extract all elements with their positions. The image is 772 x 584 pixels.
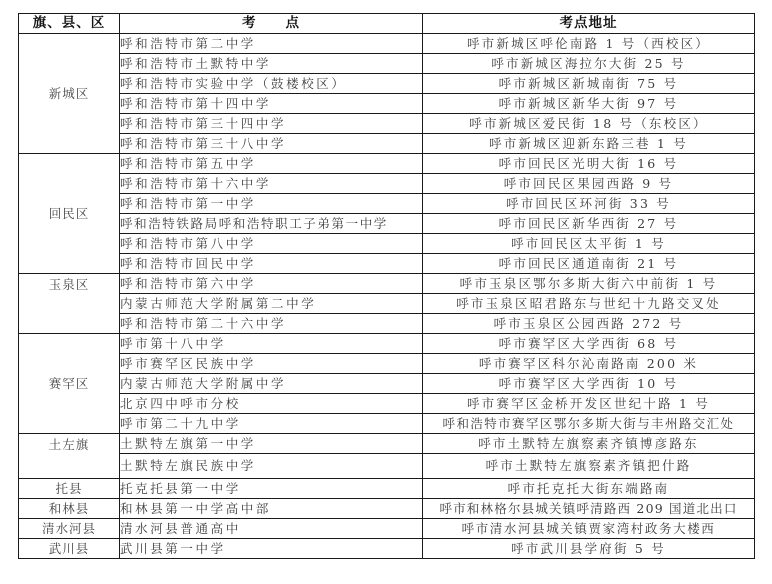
table-row: 呼和浩特市实验中学（鼓楼校区） 呼市新城区新城南街 75 号 [19, 74, 755, 94]
address-cell: 呼市回民区环河街 33 号 [423, 194, 755, 214]
table-row: 玉泉区 呼和浩特市第六中学 呼市玉泉区鄂尔多斯大街六中前街 1 号 [19, 274, 755, 294]
school-cell: 呼和浩特市第十六中学 [120, 174, 423, 194]
table-row: 呼和浩特市第二十六中学 呼市玉泉区公园西路 272 号 [19, 314, 755, 334]
school-cell: 和林县第一中学高中部 [120, 499, 423, 519]
table-row: 赛罕区 呼市第十八中学 呼市赛罕区大学西街 68 号 [19, 334, 755, 354]
school-cell: 呼和浩特市第三十八中学 [120, 134, 423, 154]
address-cell: 呼市赛罕区大学西街 68 号 [423, 334, 755, 354]
district-cell: 新城区 [19, 34, 120, 154]
table-row: 内蒙古师范大学附属第二中学 呼市玉泉区昭君路东与世纪十九路交叉处 [19, 294, 755, 314]
school-cell: 呼和浩特市第二中学 [120, 34, 423, 54]
address-cell: 呼市赛罕区科尔沁南路南 200 米 [423, 354, 755, 374]
address-cell: 呼市回民区果园西路 9 号 [423, 174, 755, 194]
table-row: 内蒙古师范大学附属中学 呼市赛罕区大学西街 10 号 [19, 374, 755, 394]
school-cell: 呼和浩特铁路局呼和浩特职工子弟第一中学 [120, 214, 423, 234]
header-address: 考点地址 [423, 14, 755, 34]
address-cell: 呼市武川县学府街 5 号 [423, 539, 755, 559]
exam-site-table: 旗、县、区 考 点 考点地址 新城区 呼和浩特市第二中学 呼市新城区呼伦南路 1… [18, 13, 755, 559]
school-cell: 呼市第十八中学 [120, 334, 423, 354]
table-row: 和林县 和林县第一中学高中部 呼市和林格尔县城关镇呼清路西 209 国道北出口 [19, 499, 755, 519]
school-cell: 呼和浩特市第三十四中学 [120, 114, 423, 134]
table-header-row: 旗、县、区 考 点 考点地址 [19, 14, 755, 34]
address-cell: 呼和浩特市赛罕区鄂尔多斯大街与丰州路交汇处 [423, 414, 755, 434]
table-row: 呼市第二十九中学 呼和浩特市赛罕区鄂尔多斯大街与丰州路交汇处 [19, 414, 755, 434]
school-cell: 呼和浩特市第八中学 [120, 234, 423, 254]
table-row: 土左旗 土默特左旗第一中学 呼市土默特左旗察素齐镇博彦路东 [19, 434, 755, 454]
school-cell: 呼和浩特市第十四中学 [120, 94, 423, 114]
school-cell: 呼和浩特市第二十六中学 [120, 314, 423, 334]
district-cell: 托县 [19, 479, 120, 499]
address-cell: 呼市新城区爱民街 18 号（东校区） [423, 114, 755, 134]
school-cell: 呼市赛罕区民族中学 [120, 354, 423, 374]
address-cell: 呼市赛罕区大学西街 10 号 [423, 374, 755, 394]
school-cell: 内蒙古师范大学附属中学 [120, 374, 423, 394]
address-cell: 呼市和林格尔县城关镇呼清路西 209 国道北出口 [423, 499, 755, 519]
school-cell: 托克托县第一中学 [120, 479, 423, 499]
district-cell: 和林县 [19, 499, 120, 519]
school-cell: 呼和浩特市回民中学 [120, 254, 423, 274]
school-cell: 清水河县普通高中 [120, 519, 423, 539]
table-row: 呼和浩特市第十四中学 呼市新城区新华大街 97 号 [19, 94, 755, 114]
address-cell: 呼市新城区呼伦南路 1 号（西校区） [423, 34, 755, 54]
header-school: 考 点 [120, 14, 423, 34]
address-cell: 呼市土默特左旗察素齐镇把什路 [423, 454, 755, 479]
address-cell: 呼市托克托大街东端路南 [423, 479, 755, 499]
district-cell: 武川县 [19, 539, 120, 559]
table-row: 呼和浩特市第一中学 呼市回民区环河街 33 号 [19, 194, 755, 214]
table-row: 清水河县 清水河县普通高中 呼市清水河县城关镇贾家湾村政务大楼西 [19, 519, 755, 539]
school-cell: 内蒙古师范大学附属第二中学 [120, 294, 423, 314]
address-cell: 呼市清水河县城关镇贾家湾村政务大楼西 [423, 519, 755, 539]
school-cell: 呼和浩特市实验中学（鼓楼校区） [120, 74, 423, 94]
district-cell: 清水河县 [19, 519, 120, 539]
table-row: 托县 托克托县第一中学 呼市托克托大街东端路南 [19, 479, 755, 499]
school-cell: 呼和浩特市第一中学 [120, 194, 423, 214]
address-cell: 呼市玉泉区昭君路东与世纪十九路交叉处 [423, 294, 755, 314]
table-row: 回民区 呼和浩特市第五中学 呼市回民区光明大街 16 号 [19, 154, 755, 174]
address-cell: 呼市回民区通道南街 21 号 [423, 254, 755, 274]
school-cell: 土默特左旗第一中学 [120, 434, 423, 454]
table-row: 呼和浩特市第八中学 呼市回民区太平街 1 号 [19, 234, 755, 254]
table-row: 新城区 呼和浩特市第二中学 呼市新城区呼伦南路 1 号（西校区） [19, 34, 755, 54]
address-cell: 呼市新城区海拉尔大街 25 号 [423, 54, 755, 74]
address-cell: 呼市玉泉区公园西路 272 号 [423, 314, 755, 334]
table-body: 新城区 呼和浩特市第二中学 呼市新城区呼伦南路 1 号（西校区） 呼和浩特市土默… [19, 34, 755, 559]
school-cell: 北京四中呼市分校 [120, 394, 423, 414]
address-cell: 呼市新城区新华大街 97 号 [423, 94, 755, 114]
district-cell: 赛罕区 [19, 334, 120, 434]
table-row: 呼和浩特市回民中学 呼市回民区通道南街 21 号 [19, 254, 755, 274]
address-cell: 呼市回民区光明大街 16 号 [423, 154, 755, 174]
header-district: 旗、县、区 [19, 14, 120, 34]
school-cell: 呼市第二十九中学 [120, 414, 423, 434]
table-row: 呼和浩特市第十六中学 呼市回民区果园西路 9 号 [19, 174, 755, 194]
school-cell: 呼和浩特市第五中学 [120, 154, 423, 174]
school-cell: 呼和浩特市第六中学 [120, 274, 423, 294]
table-row: 武川县 武川县第一中学 呼市武川县学府街 5 号 [19, 539, 755, 559]
district-cell: 玉泉区 [19, 274, 120, 334]
district-cell: 土左旗 [19, 434, 120, 479]
address-cell: 呼市回民区新华西街 27 号 [423, 214, 755, 234]
table-row: 呼和浩特铁路局呼和浩特职工子弟第一中学 呼市回民区新华西街 27 号 [19, 214, 755, 234]
school-cell: 武川县第一中学 [120, 539, 423, 559]
table-row: 呼和浩特市第三十四中学 呼市新城区爱民街 18 号（东校区） [19, 114, 755, 134]
table-row: 土默特左旗民族中学 呼市土默特左旗察素齐镇把什路 [19, 454, 755, 479]
address-cell: 呼市赛罕区金桥开发区世纪十路 1 号 [423, 394, 755, 414]
school-cell: 呼和浩特市土默特中学 [120, 54, 423, 74]
school-cell: 土默特左旗民族中学 [120, 454, 423, 479]
address-cell: 呼市回民区太平街 1 号 [423, 234, 755, 254]
table-row: 呼和浩特市土默特中学 呼市新城区海拉尔大街 25 号 [19, 54, 755, 74]
table-row: 呼和浩特市第三十八中学 呼市新城区迎新东路三巷 1 号 [19, 134, 755, 154]
address-cell: 呼市土默特左旗察素齐镇博彦路东 [423, 434, 755, 454]
district-cell: 回民区 [19, 154, 120, 274]
address-cell: 呼市新城区迎新东路三巷 1 号 [423, 134, 755, 154]
address-cell: 呼市玉泉区鄂尔多斯大街六中前街 1 号 [423, 274, 755, 294]
table-row: 北京四中呼市分校 呼市赛罕区金桥开发区世纪十路 1 号 [19, 394, 755, 414]
address-cell: 呼市新城区新城南街 75 号 [423, 74, 755, 94]
table-row: 呼市赛罕区民族中学 呼市赛罕区科尔沁南路南 200 米 [19, 354, 755, 374]
